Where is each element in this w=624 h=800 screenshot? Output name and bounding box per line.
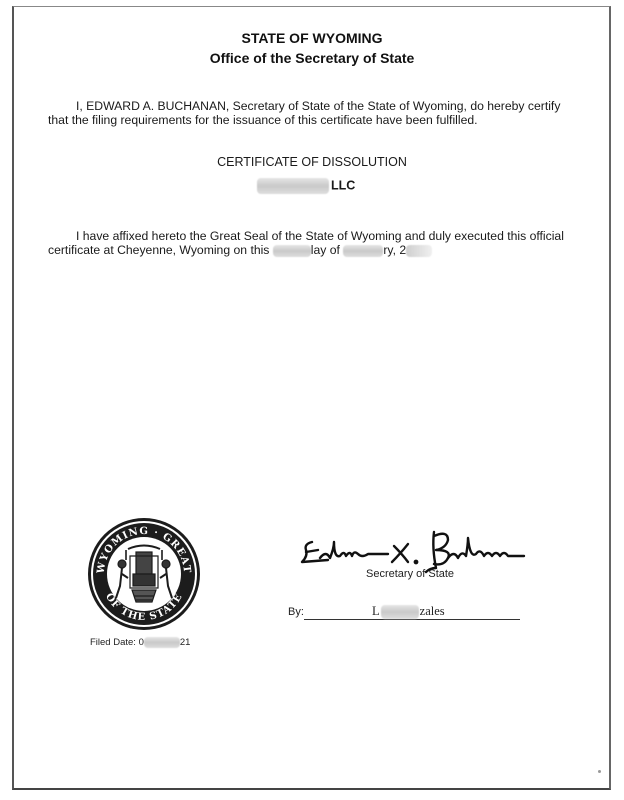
header-office: Office of the Secretary of State xyxy=(0,50,624,66)
execution-line-2-prefix: certificate at Cheyenne, Wyoming on this xyxy=(48,243,269,257)
certification-paragraph: I, EDWARD A. BUCHANAN, Secretary of Stat… xyxy=(48,99,588,127)
redacted-month xyxy=(343,245,383,257)
header-state: STATE OF WYOMING xyxy=(0,30,624,46)
entity-suffix: LLC xyxy=(331,178,355,192)
scan-speck xyxy=(598,770,601,773)
by-name: Lzales xyxy=(372,604,445,619)
execution-paragraph: I have affixed hereto the Great Seal of … xyxy=(48,229,588,257)
filed-date-label: Filed Date: xyxy=(90,637,136,648)
entity-name: LLC xyxy=(257,178,355,194)
execution-month-suffix: ry, 2 xyxy=(383,243,406,257)
certification-line-1: I, EDWARD A. BUCHANAN, Secretary of Stat… xyxy=(48,99,588,113)
execution-line-1: I have affixed hereto the Great Seal of … xyxy=(48,229,588,243)
certification-line-2: that the filing requirements for the iss… xyxy=(48,113,588,127)
execution-line-2: certificate at Cheyenne, Wyoming on this… xyxy=(48,243,588,257)
execution-day-suffix: lay of xyxy=(311,243,340,257)
filed-date: Filed Date: 021 xyxy=(90,637,190,648)
signature-caption: Secretary of State xyxy=(366,568,454,580)
redacted-year xyxy=(406,245,432,257)
redacted-filed-date xyxy=(144,637,180,648)
filed-date-suffix: 21 xyxy=(180,637,191,648)
by-label: By: xyxy=(288,606,304,618)
by-name-prefix: L xyxy=(372,604,380,618)
redacted-by-name xyxy=(381,605,419,619)
redacted-day xyxy=(273,245,311,257)
great-seal-icon: WYOMING · GREAT OF THE STATE xyxy=(86,516,202,632)
redacted-entity-name xyxy=(257,178,329,194)
by-name-suffix: zales xyxy=(420,604,445,618)
certificate-type: CERTIFICATE OF DISSOLUTION xyxy=(0,155,624,169)
by-signature-line xyxy=(304,619,520,620)
